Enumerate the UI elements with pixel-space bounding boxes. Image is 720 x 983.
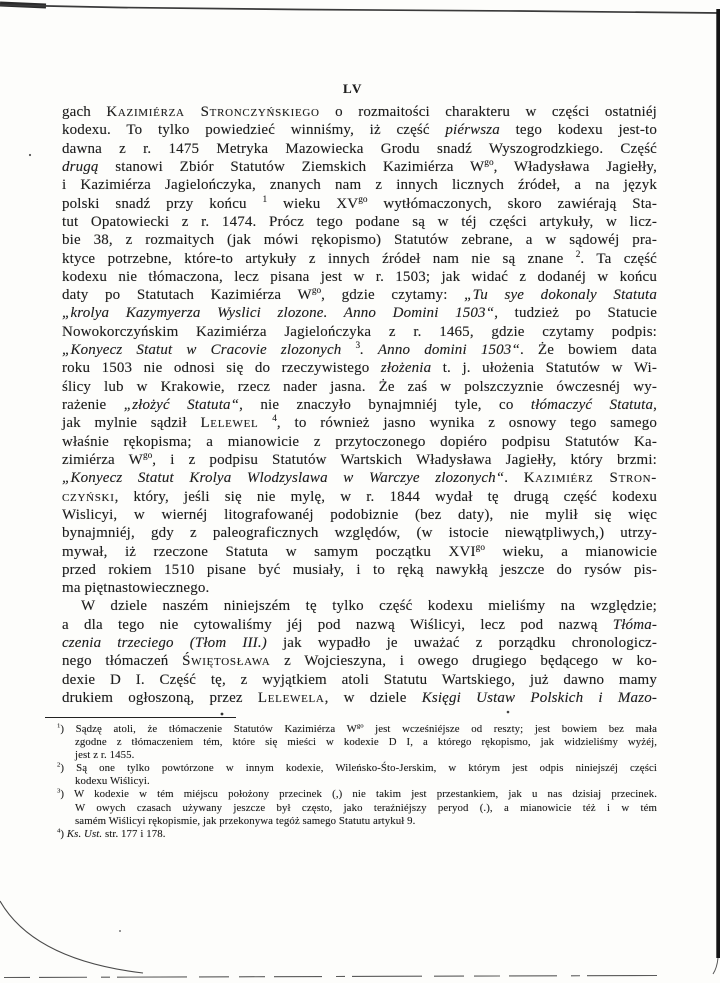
text-segment: Ks. Ust. [67, 828, 102, 840]
text-line: tut Opatowiecki z r. 1474. Prócz tego po… [62, 213, 657, 231]
text-line: bynajmniéj, gdy z paleograficznych wzglę… [62, 524, 657, 542]
text-segment: jak wypadło je uważać z porządku chronol… [267, 635, 657, 651]
text-segment: str. 177 i 178. [102, 828, 165, 840]
text-line: nego tłómaczeń Świętosława z Wojcieszyna… [62, 652, 657, 670]
scan-edge-bottom-dashes [4, 976, 660, 978]
text-segment: zimiérza W [62, 452, 143, 468]
text-segment: Kazimiérza Stronczyńskiego [106, 104, 319, 120]
text-line: przed rokiem 1510 pisane być musiały, i … [62, 561, 657, 579]
text-segment: „Konyecz Statut Krolya Wlodzyslawa w War… [62, 470, 504, 486]
text-segment: , to również jasno wynika z osnowy tego … [277, 415, 657, 431]
text-segment: kodexu nie tłómaczona, lecz pisana jest … [62, 269, 657, 285]
text-segment: samém Wiślicyi rękopismie, jak przekonyw… [75, 815, 415, 827]
footnote-first-line: 4) Ks. Ust. str. 177 i 178. [57, 828, 657, 841]
text-segment: mywał, iż rzeczone Statuta w samym począ… [62, 544, 476, 560]
footnote-first-line: 2) Są one tylko powtórzone w innym kodex… [57, 762, 657, 775]
text-segment: . Ta część [580, 251, 657, 267]
text-segment: ślicy lub w Krakowie, rzecz nader jasna.… [62, 379, 657, 395]
text-line: drugą stanowi Zbiór Statutów Ziemskich K… [62, 158, 657, 176]
text-segment: „Tu sye dokonaly Statuta [464, 287, 657, 303]
text-segment: , gdzie czytamy: [321, 287, 464, 303]
text-line: czyński, który, jeśli się nie mylę, w r.… [62, 488, 657, 506]
text-segment: . Anno domini 1503“ [360, 342, 520, 358]
body-text: gach Kazimiérza Stronczyńskiego o rozmai… [62, 103, 657, 707]
scan-speck [29, 154, 31, 156]
text-segment: ktyce potrzebne, które-to artykuły z inn… [62, 251, 576, 267]
text-segment: rażenie [62, 397, 124, 413]
text-segment: Tłóma- [613, 617, 657, 633]
text-segment: jest wcześniéjsze od reszty; jest bowiem… [364, 723, 657, 735]
text-line: mywał, iż rzeczone Statuta w samym począ… [62, 543, 657, 561]
text-line: daty po Statutach Kazimiérza Wgo, gdzie … [62, 286, 657, 304]
text-segment: , tudzież po Statucie [494, 305, 657, 321]
text-line: kodexu. To tylko powiedzieć winniśmy, iż… [62, 121, 657, 139]
text-line: polski snadź przy końcu 1 wieku XVgo wyt… [62, 195, 657, 213]
text-segment: przed rokiem 1510 pisane być musiały, i … [62, 562, 657, 578]
text-segment: Lelewel [200, 415, 258, 431]
text-line: gach Kazimiérza Stronczyńskiego o rozmai… [62, 103, 657, 121]
footnote-line: jest z r. 1455. [57, 749, 657, 762]
text-segment: , [653, 397, 657, 413]
superscript-ref: go [358, 195, 367, 205]
scan-speck [507, 711, 510, 714]
text-line: roku 1503 nie odnosi się do rzeczywisteg… [62, 359, 657, 377]
text-segment: daty po Statutach Kazimiérza W [62, 287, 312, 303]
footnote-first-line: 1) Sądzę atoli, że tłómaczenie Statutów … [57, 723, 657, 736]
text-segment: Sądzę atoli, że tłómaczenie Statutów Kaz… [76, 723, 357, 735]
scan-page-curl [0, 901, 143, 973]
text-segment: bie 38, z rozmaitych (jak mówi rękopismo… [62, 232, 657, 248]
footnote-marker: 2) [57, 762, 76, 774]
text-line: właśnie rękopisma; a mianowicie z przyto… [62, 433, 657, 451]
text-segment: tego kodexu jest-to [500, 122, 657, 138]
scan-speck [119, 930, 121, 932]
text-line: zimiérza Wgo, i z podpisu Statutów Warts… [62, 451, 657, 469]
text-segment: drukiem ogłoszoną, przez [62, 690, 258, 706]
page-number: LV [0, 81, 706, 97]
text-segment: gach [62, 104, 106, 120]
text-segment: „Konyecz Statut w Cracovie zlozonych [62, 342, 356, 358]
text-line: rażenie „złożyć Statuta“, nie znaczyło b… [62, 396, 657, 414]
text-segment: Lelewela [258, 690, 325, 706]
text-segment: t. j. ułożenia Statutów w Wi- [431, 360, 657, 376]
superscript-ref: go [357, 722, 364, 729]
text-line: dexie D I. Część tę, z wyjątkiem atoli S… [62, 671, 657, 689]
text-segment: jest z r. 1455. [75, 749, 134, 761]
superscript-ref: go [476, 543, 485, 553]
text-segment: drugą [62, 159, 99, 175]
footnote-line: zgodne z tłómaczeniem tém, które się mie… [57, 736, 657, 749]
text-segment: wytłómaczonych, skoro zawiérają Sta- [368, 196, 657, 212]
text-line: ma piętnastowiecznego. [62, 579, 657, 597]
text-line: Wislicyi, w wiernéj litografowanéj podob… [62, 506, 657, 524]
text-line: „krolya Kazymyerza Wyslici zlozone. Anno… [62, 304, 657, 322]
text-segment: piérwsza [445, 122, 500, 138]
scan-edge-top [0, 4, 46, 6]
text-segment: W kodexie w tém miéjscu położony przecin… [74, 788, 657, 800]
text-segment: złożenia [381, 360, 431, 376]
text-line: Nowokorczyńskim Kazimiérza Jagielończyka… [62, 323, 657, 341]
scan-edge-top-line [0, 5, 719, 13]
text-segment: Księgi Ustaw Polskich i Mazo- [422, 690, 657, 706]
text-segment: stanowi Zbiór Statutów Ziemskich Kazimié… [99, 159, 485, 175]
footnote-line: samém Wiślicyi rękopismie, jak przekonyw… [57, 815, 657, 828]
footnotes: 1) Sądzę atoli, że tłómaczenie Statutów … [57, 723, 657, 841]
text-segment: bynajmniéj, gdy z paleograficznych wzglę… [62, 525, 657, 541]
text-segment: Świętosława [182, 653, 270, 669]
text-segment: „krolya Kazymyerza Wyslici zlozone. Anno… [62, 305, 494, 321]
text-line: ktyce potrzebne, które-to artykuły z inn… [62, 250, 657, 268]
superscript-ref: go [484, 158, 493, 168]
footnote-line: kodexu Wiślicyi. [57, 775, 657, 788]
text-segment: , w dziele [325, 690, 422, 706]
text-segment: tut Opatowiecki z r. 1474. Prócz tego po… [62, 214, 657, 230]
scanned-book-page: LV gach Kazimiérza Stronczyńskiego o roz… [0, 0, 720, 983]
footnote-marker: 3) [57, 788, 74, 800]
text-line: a dla tego nie cytowaliśmy jéj pod nazwą… [62, 616, 657, 634]
text-line: bie 38, z rozmaitych (jak mówi rękopismo… [62, 231, 657, 249]
text-segment: Są one tylko powtórzone w innym kodexie,… [76, 762, 657, 774]
text-segment: wieku, a mianowicie [485, 544, 657, 560]
text-segment: z Wojcieszyna, i owego drugiego będącego… [270, 653, 657, 669]
text-segment: , Władysława Jagiełły, [494, 159, 657, 175]
text-segment: o rozmaitości charakteru w części ostatn… [320, 104, 657, 120]
footnote-separator [45, 717, 236, 718]
text-segment: czenia trzeciego (Tłom III.) [62, 635, 267, 651]
text-segment: jak mylnie sądził [62, 415, 200, 431]
footnote-line: W owych czasach używany jeszcze był częs… [57, 802, 657, 815]
text-segment: czyński [62, 489, 115, 505]
footnote-first-line: 3) W kodexie w tém miéjscu położony prze… [57, 788, 657, 801]
text-line: i Kazimiérza Jagielończyka, znanych nam … [62, 176, 657, 194]
text-line: „Konyecz Statut Krolya Wlodzyslawa w War… [62, 469, 657, 487]
text-segment: i Kazimiérza Jagielończyka, znanych nam … [62, 177, 657, 193]
text-segment: , i z podpisu Statutów Wartskich Władysł… [152, 452, 657, 468]
text-line: czenia trzeciego (Tłom III.) jak wypadło… [62, 634, 657, 652]
text-segment: „złożyć Statuta“ [124, 397, 239, 413]
text-line: kodexu nie tłómaczona, lecz pisana jest … [62, 268, 657, 286]
text-line: drukiem ogłoszoną, przez Lelewela, w dzi… [62, 689, 657, 707]
text-segment: Nowokorczyńskim Kazimiérza Jagielończyka… [62, 324, 657, 340]
text-line: dawna z r. 1475 Metryka Mazowiecka Grodu… [62, 140, 657, 158]
text-segment: , nie znaczyło bynajmniéj tyle, co [239, 397, 531, 413]
superscript-ref: go [312, 286, 321, 296]
text-line: ślicy lub w Krakowie, rzecz nader jasna.… [62, 378, 657, 396]
scan-edge-right-bar [716, 9, 720, 958]
text-segment [258, 415, 272, 431]
text-segment: kodexu Wiślicyi. [75, 775, 150, 787]
superscript-ref: go [143, 451, 152, 461]
text-line: W dziele naszém niniejszém tę tylko częś… [62, 597, 657, 615]
text-line: jak mylnie sądził Lelewel 4, to również … [62, 414, 657, 432]
text-segment: dexie D I. Część tę, z wyjątkiem atoli S… [62, 672, 657, 688]
text-segment: polski snadź przy końcu [62, 196, 263, 212]
text-segment: Kazimiérz Stron- [524, 470, 657, 486]
scan-edge-right-tail [713, 958, 718, 974]
text-segment: . [504, 470, 523, 486]
text-segment: tłómaczyć Statuta [531, 397, 653, 413]
text-segment: a dla tego nie cytowaliśmy jéj pod nazwą… [62, 617, 613, 633]
text-segment: właśnie rękopisma; a mianowicie z przyto… [62, 434, 657, 450]
text-segment: W owych czasach używany jeszcze był częs… [75, 802, 657, 814]
text-segment: kodexu. To tylko powiedzieć winniśmy, iż… [62, 122, 445, 138]
scan-speck [221, 713, 224, 716]
text-segment: dawna z r. 1475 Metryka Mazowiecka Grodu… [62, 141, 657, 157]
text-segment: Wislicyi, w wiernéj litografowanéj podob… [62, 507, 657, 523]
text-segment: , który, jeśli się nie mylę, w r. 1844 w… [115, 489, 657, 505]
text-segment: nego tłómaczeń [62, 653, 182, 669]
text-segment: W dziele naszém niniejszém tę tylko częś… [81, 598, 657, 614]
text-line: „Konyecz Statut w Cracovie zlozonych 3. … [62, 341, 657, 359]
text-segment: wieku XV [267, 196, 358, 212]
footnote-marker: 1) [57, 723, 76, 735]
text-segment: roku 1503 nie odnosi się do rzeczywisteg… [62, 360, 381, 376]
text-segment: . Że bowiem data [520, 342, 657, 358]
footnote-marker: 4) [57, 828, 67, 840]
text-segment: zgodne z tłómaczeniem tém, które się mie… [75, 736, 657, 748]
text-segment: ma piętnastowiecznego. [62, 580, 209, 596]
